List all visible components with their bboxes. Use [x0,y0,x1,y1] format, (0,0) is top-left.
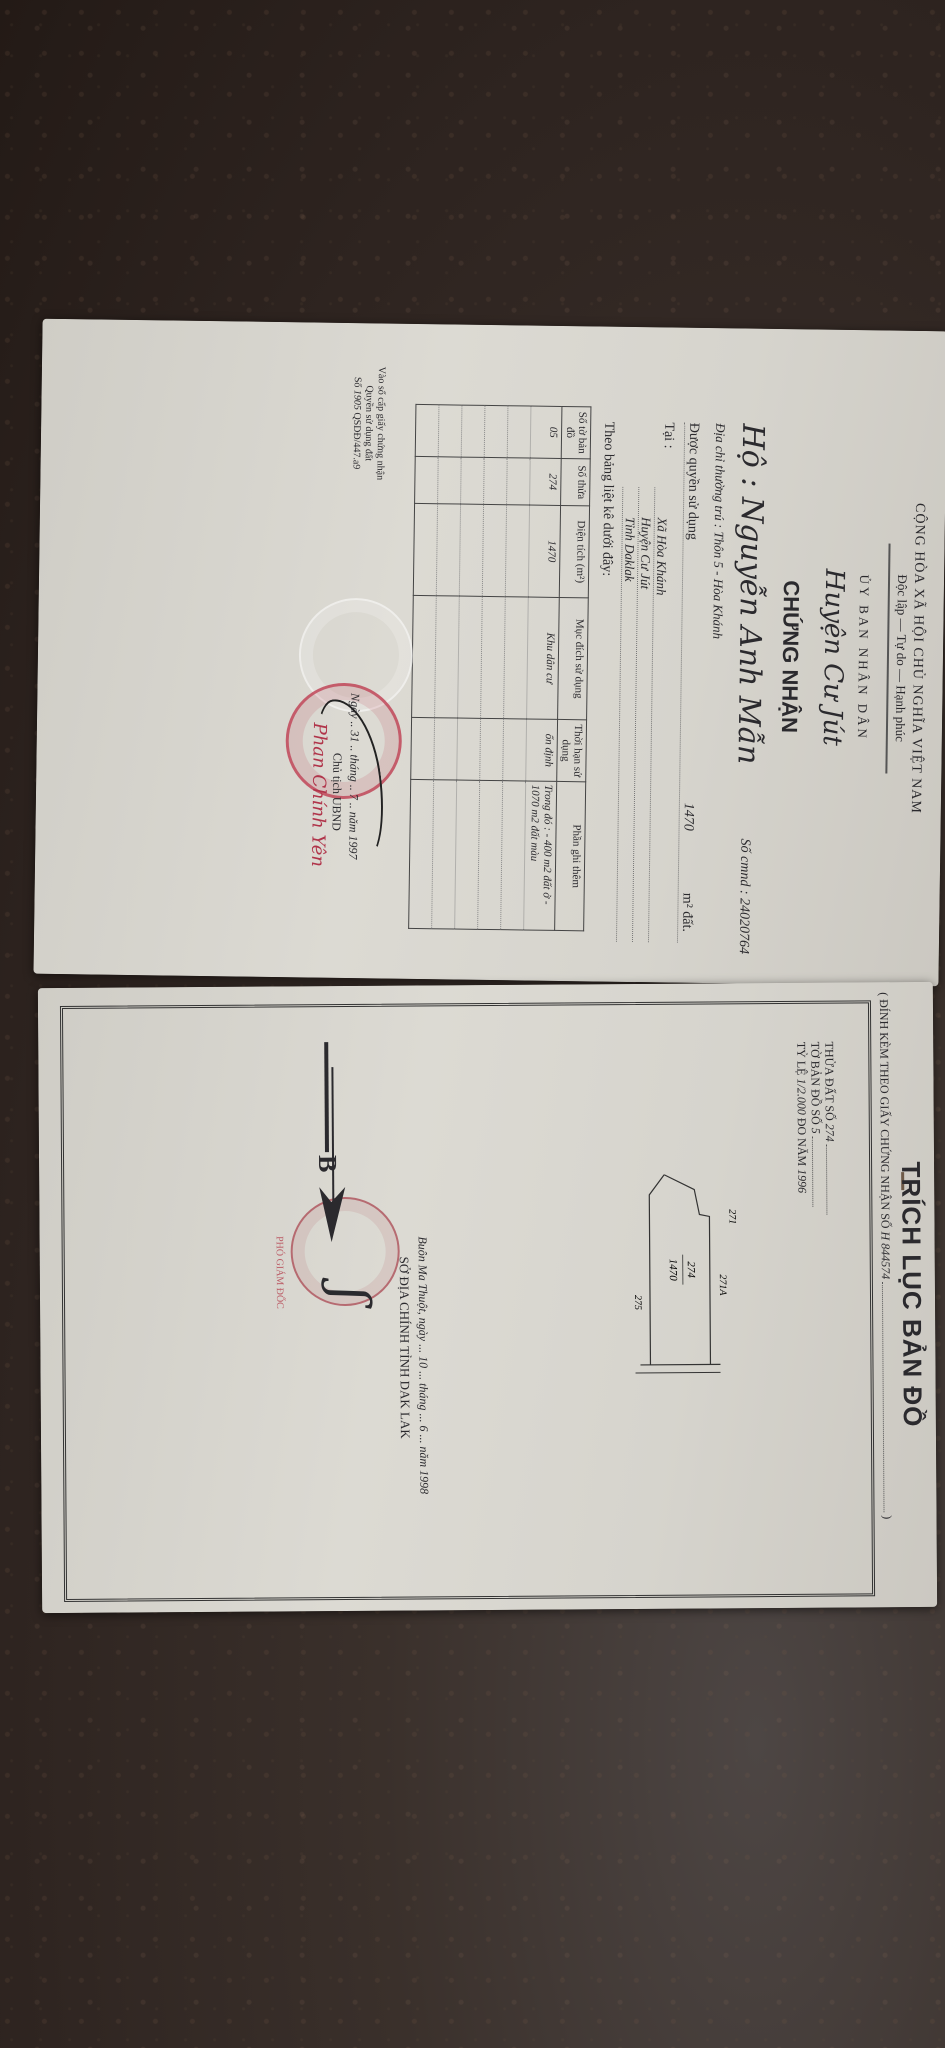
cell-purpose [435,596,460,718]
sketch-parcel-area: 1470 [667,1259,679,1282]
land-use-certificate: CỘNG HÒA XÃ HỘI CHỦ NGHĨA VIỆT NAM Độc l… [33,319,945,987]
cell-parcel: 274 [530,458,562,505]
cell-area [482,504,506,596]
sheet-label: TỜ BẢN ĐỒ SỐ [808,1042,823,1125]
cell-map-sheet: 05 [530,406,562,458]
dotted-leader [826,1145,827,1215]
sketch-neighbor-271a: 271A [717,1274,728,1296]
map-date-line: Buôn Ma Thuột, ngày ... 10 ... tháng ...… [415,1236,432,1494]
col-area: Diện tích (m²) [559,505,589,597]
scale-value: 1/2.000 [794,1078,808,1114]
district-name: Huyện Cư Jút [813,330,852,985]
north-label: B [313,1155,342,1173]
col-map-sheet: Số tờ bản đồ [561,406,591,458]
survey-year: 1996 [795,1169,809,1193]
id-label: Số cmnd : [737,838,753,894]
subtitle-suffix: ) [881,1515,895,1519]
table-intro: Theo bảng liệt kê dưới đây: [598,422,616,577]
col-purpose: Mục đích sử dụng [558,597,589,719]
cell-map-sheet [438,405,462,457]
issuer-label: ỦY BAN NHÂN DÂN [850,330,875,985]
parcel-label: THỬA ĐẤT SỐ [822,1042,837,1121]
ledger-suffix: QSDĐ/447.a9 [351,412,363,469]
cell-purpose [481,596,506,718]
signing-date: Ngày .. 31 .. tháng .. 7 .. năm 1997 [345,693,362,860]
cell-term [411,717,435,779]
location-lines: Xã Hòa Khánh Huyện Cư Jút Tỉnh Daklak [616,487,670,943]
ledger-prefix: Số [352,377,363,388]
area-value: 1470 [680,803,696,831]
map-title: TRÍCH LỤC BẢN ĐỒ [894,982,929,1607]
parcel-value: 274 [823,1124,837,1142]
holder-name: Nguyễn Anh Mẫn [730,497,769,765]
map-signature: ʃ [320,1287,380,1302]
id-line: Số cmnd : 24020764 [735,838,753,954]
cell-parcel [507,458,531,505]
map-fields: THỬA ĐẤT SỐ 274 TỜ BẢN ĐỒ SỐ 5 TỶ LỆ 1/2… [794,1042,837,1215]
ledger-entry: Vào sổ cấp giấy chứng nhận Quyền sử dụng… [349,343,387,503]
map-extract-content: TRÍCH LỤC BẢN ĐỒ ( ĐÍNH KÈM THEO GIẤY CH… [38,982,937,1613]
map-frame: THỬA ĐẤT SỐ 274 TỜ BẢN ĐỒ SỐ 5 TỶ LỆ 1/2… [60,1000,875,1602]
cell-note [478,780,503,929]
cell-area [436,504,460,596]
cell-note [455,780,480,929]
location-label: Tại : [660,422,676,448]
sketch-parcel-number: 274 [685,1261,697,1278]
survey-label: ĐO NĂM [795,1118,809,1166]
certificate-content: CỘNG HÒA XÃ HỘI CHỦ NGHĨA VIỆT NAM Độc l… [33,319,945,987]
address-line: Địa chỉ thường trú : Thôn 5 - Hòa Khánh [709,423,728,639]
address-label: Địa chỉ thường trú : [712,423,728,528]
col-note: Phần ghi thêm [555,781,586,930]
sketch-neighbor-271: 271 [726,1209,737,1224]
cell-area [459,504,483,596]
cell-term [457,718,481,780]
cell-purpose [458,596,483,718]
area-unit: m² đất. [678,893,695,932]
cell-term [503,719,527,781]
cell-map-sheet [415,404,439,456]
ledger-line-1: Vào sổ cấp giấy chứng nhận [373,343,387,503]
cell-map-sheet [484,405,508,457]
cell-term [480,718,504,780]
cell-purpose [412,595,437,717]
cell-map-sheet [507,406,531,458]
cell-term [434,718,458,780]
cell-parcel [438,457,462,504]
use-right-label: Được quyền sử dụng [685,423,702,540]
cell-area [413,503,437,595]
cell-area [505,505,529,597]
header-divider [885,543,890,773]
document-title: CHỨNG NHẬN [772,329,807,984]
sheet-value: 5 [809,1128,823,1134]
cell-note [409,779,434,928]
issuing-office: SỞ ĐỊA CHÍNH TỈNH DAK LAK [396,1257,413,1439]
signer-name: Phan Chính Yên [307,722,330,867]
scale-row: TỶ LỆ 1/2.000 ĐO NĂM 1996 [794,1042,809,1215]
subtitle-prefix: ( ĐÍNH KÈM THEO GIẤY CHỨNG NHẬN SỐ [877,992,893,1228]
signer-role: Chủ tịch UBND [328,753,344,831]
cell-purpose [504,597,529,719]
sheet-number-row: TỜ BẢN ĐỒ SỐ 5 [808,1042,823,1215]
col-parcel: Số thửa [561,458,591,505]
cell-area: 1470 [528,505,560,597]
parcel-table: Số tờ bản đồ Số thửa Diện tích (m²) Mục … [408,404,591,931]
certificate-number: H 844574 [879,1231,893,1279]
holder-label: Hộ : [734,423,770,487]
cell-note [501,781,526,930]
ledger-line-3: Số 1905 QSDĐ/447.a9 [349,343,363,503]
map-subtitle: ( ĐÍNH KÈM THEO GIẤY CHỨNG NHẬN SỐ H 844… [876,992,895,1592]
cell-term: ổn định [526,719,558,781]
dotted-leader [812,1137,813,1207]
address-value: Thôn 5 - Hòa Khánh [710,531,727,639]
national-header: CỘNG HÒA XÃ HỘI CHỦ NGHĨA VIỆT NAM Độc l… [882,331,929,986]
cell-purpose: Khu dân cư [527,597,560,719]
ledger-number: 1905 [351,390,362,410]
cell-parcel [484,457,508,504]
id-number: 24020764 [736,898,752,954]
scale-label: TỶ LỆ [794,1042,808,1076]
col-term: Thời hạn sử dụng [557,719,587,781]
use-right-line: Được quyền sử dụng 1470 m² đất. [677,423,701,943]
dotted-leader [882,1282,885,1512]
cell-note [432,780,457,929]
map-extract-sheet: TRÍCH LỤC BẢN ĐỒ ( ĐÍNH KÈM THEO GIẤY CH… [38,982,937,1613]
north-arrow-icon: B [308,1037,349,1247]
sketch-neighbor-275: 275 [632,1295,643,1310]
cell-note: Trong đó : - 400 m2 đất ở - 1070 m2 đất … [524,781,557,930]
cell-parcel [461,457,485,504]
stamp-caption: PHÓ GIÁM ĐỐC [273,1207,285,1337]
holder-line: Hộ : Nguyễn Anh Mẫn [730,423,770,764]
cell-map-sheet [461,405,485,457]
parcel-number-row: THỬA ĐẤT SỐ 274 [822,1042,837,1215]
parcel-sketch: 274 1470 271 271A 275 [629,1154,751,1385]
cell-parcel [415,456,439,503]
